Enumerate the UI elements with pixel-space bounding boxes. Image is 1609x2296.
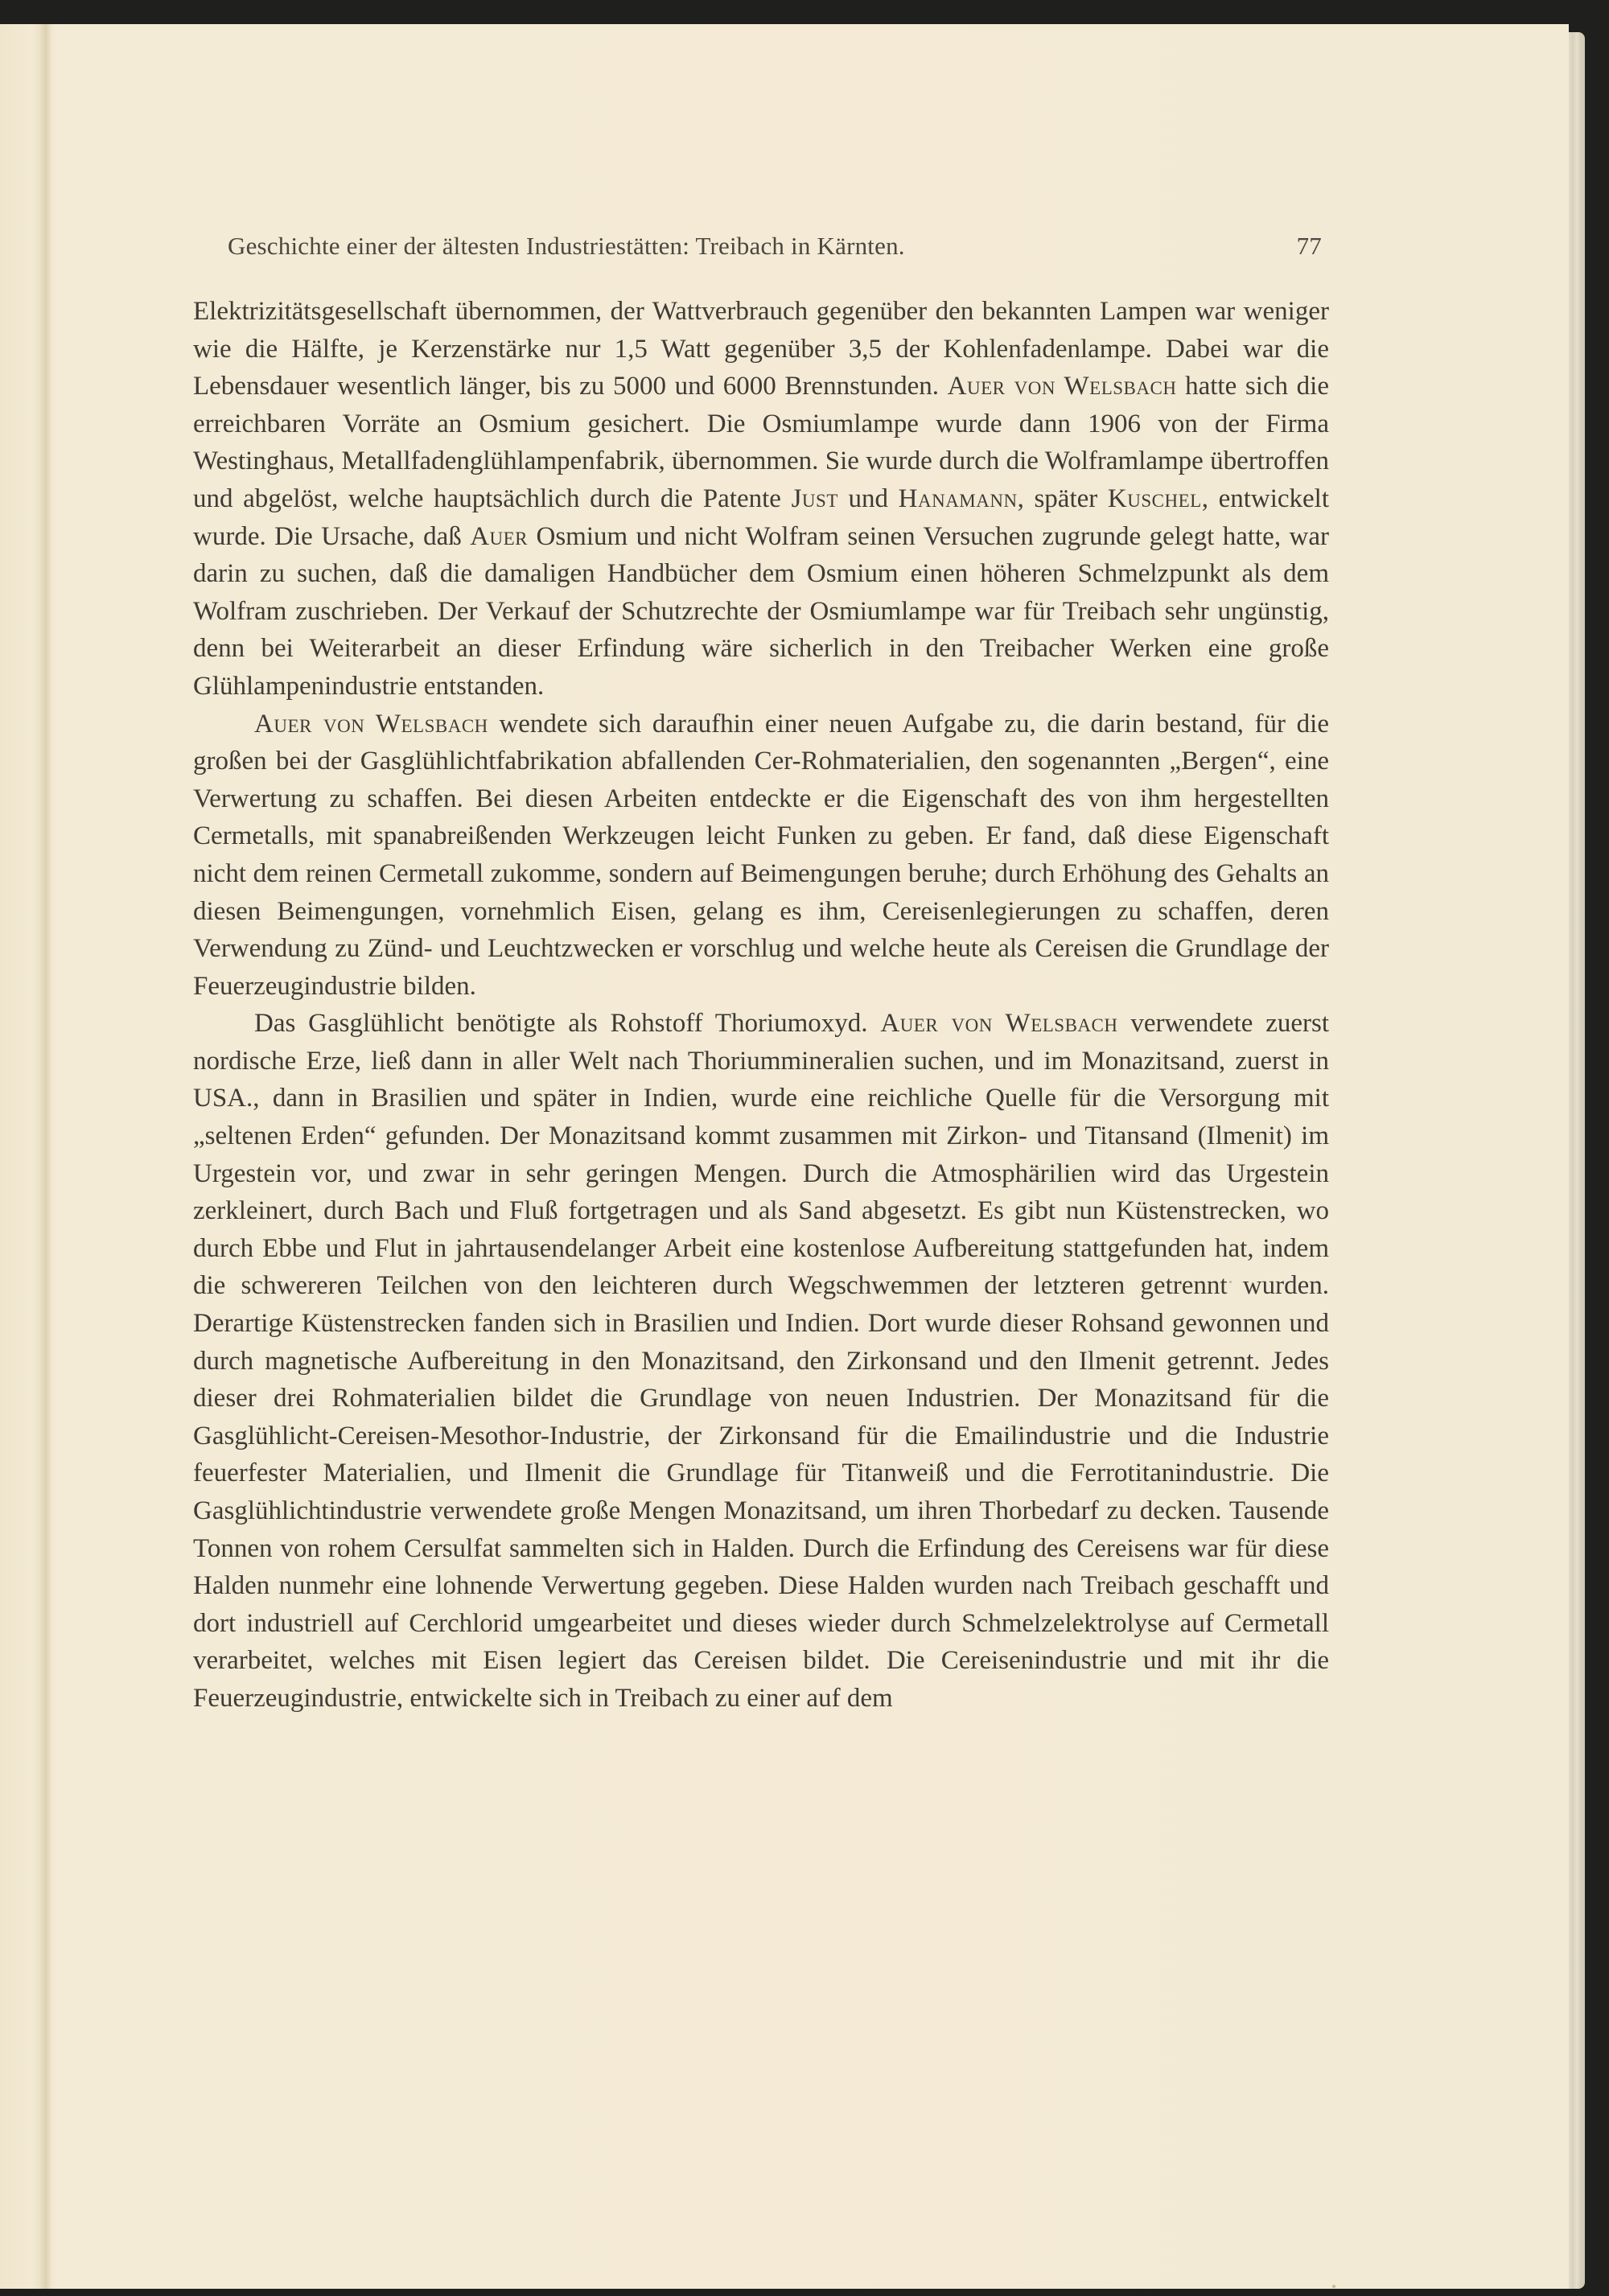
paper-speck xyxy=(1332,2285,1335,2288)
paragraph-3: Das Gasglühlicht benötigte als Rohstoff … xyxy=(193,1005,1329,1717)
paragraph-2: Auer von Welsbach wendete sich daraufhin… xyxy=(193,706,1329,1006)
person-name: Just xyxy=(792,484,838,513)
running-head: Geschichte einer der ältesten Industries… xyxy=(228,232,1322,261)
text-run: verwendete zuerst nordische Erze, ließ d… xyxy=(193,1009,1329,1713)
person-name: Auer von Welsbach xyxy=(880,1009,1117,1038)
text-run: und xyxy=(838,484,899,513)
person-name: Kuschel xyxy=(1108,484,1202,513)
page-number: 77 xyxy=(1297,232,1322,261)
text-run: , später xyxy=(1018,484,1108,513)
page-edge-stack xyxy=(1569,32,1585,2289)
running-head-title: Geschichte einer der ältesten Industries… xyxy=(228,232,905,260)
person-name: Auer von Welsbach xyxy=(948,372,1177,401)
scanned-book-page: Geschichte einer der ältesten Industries… xyxy=(0,0,1609,2296)
person-name: Auer von Welsbach xyxy=(254,710,488,739)
paragraph-1: Elektrizitätsgesellschaft übernommen, de… xyxy=(193,293,1329,706)
paper-speck xyxy=(1229,1281,1232,1283)
page: Geschichte einer der ältesten Industries… xyxy=(0,24,1569,2289)
person-name: Auer xyxy=(470,522,528,551)
text-run: Das Gasglühlicht benötigte als Rohstoff … xyxy=(254,1009,880,1038)
body-text: Elektrizitätsgesellschaft übernommen, de… xyxy=(193,293,1329,1718)
text-run: wendete sich daraufhin einer neuen Aufga… xyxy=(193,710,1329,1001)
spine-fold xyxy=(40,24,51,2289)
person-name: Hanamann xyxy=(899,484,1018,513)
